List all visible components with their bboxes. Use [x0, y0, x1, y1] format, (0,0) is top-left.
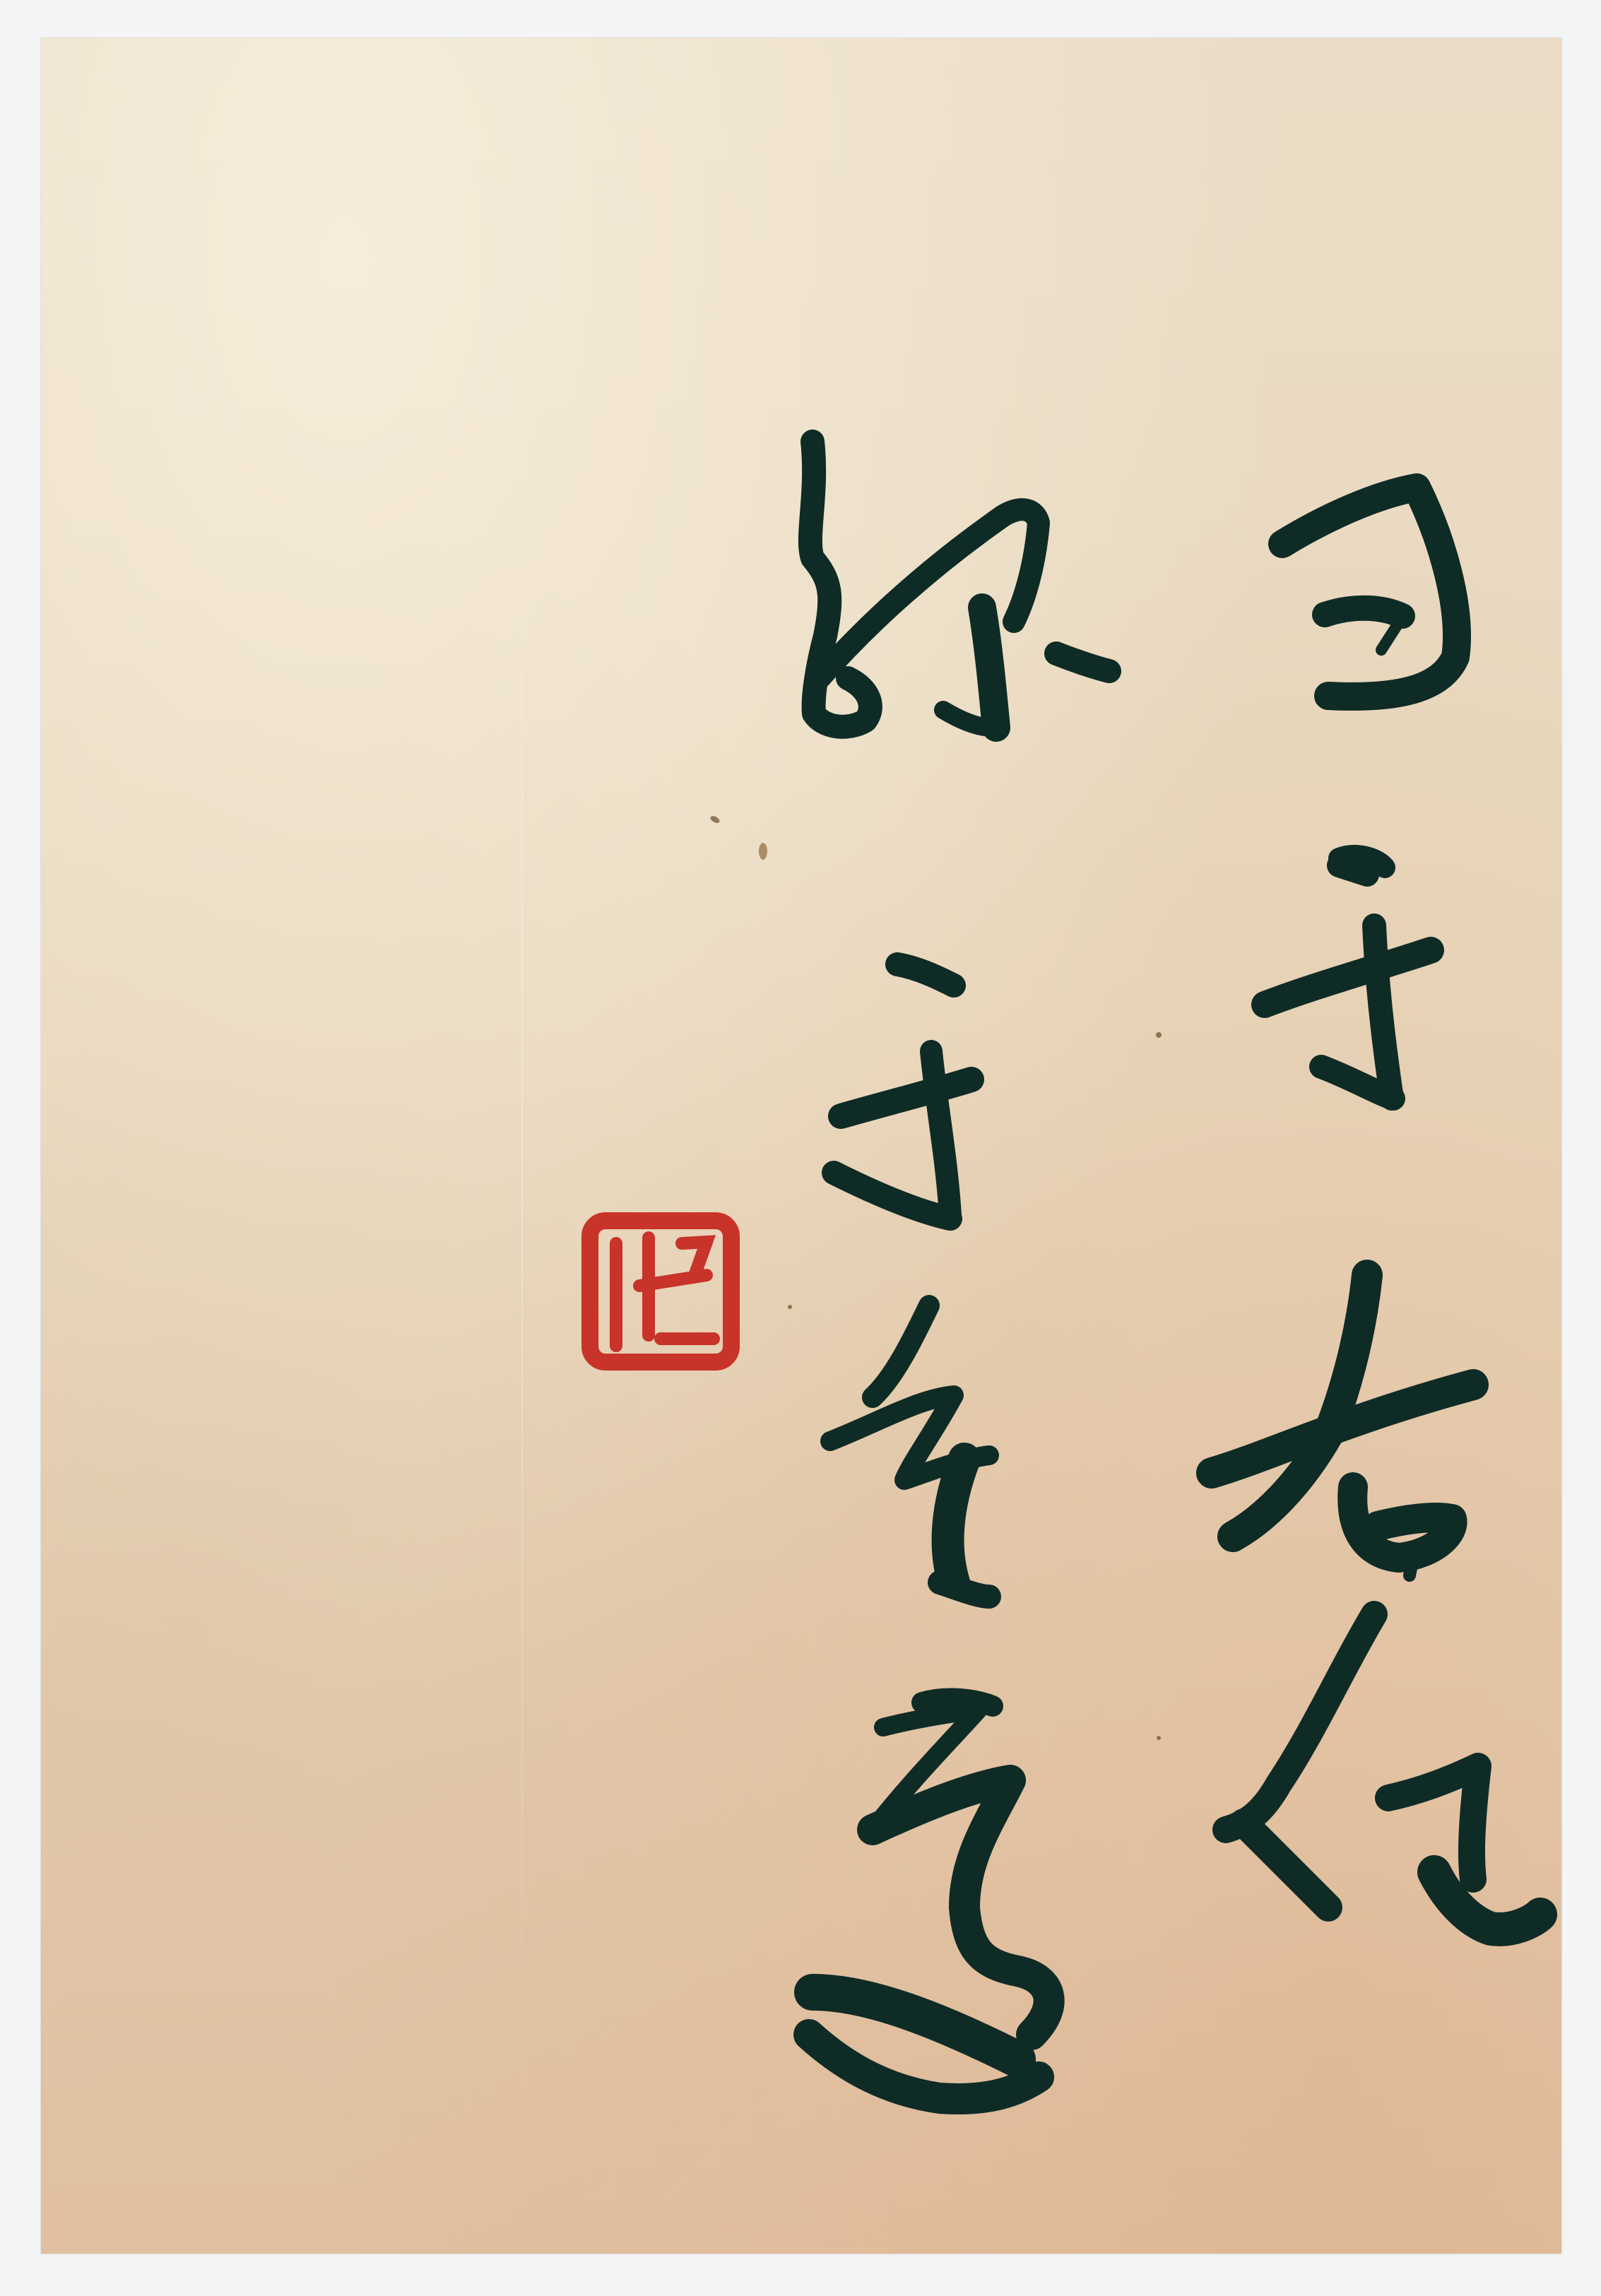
glyph-ri — [1282, 487, 1457, 697]
glyph-da — [1212, 1275, 1473, 1575]
calligraphy-strokes — [0, 0, 1601, 2296]
seal-glyph — [616, 1238, 714, 1346]
glyph-zhi-final — [809, 1699, 1049, 2099]
left-column-glyphs — [809, 442, 1109, 2099]
glyph-zhi — [830, 1306, 989, 1597]
glyph-jia — [1226, 1614, 1540, 1929]
glyph-xie — [1265, 856, 1431, 1099]
glyph-hao — [810, 442, 1109, 728]
glyph-jiang — [834, 964, 971, 1219]
red-seal — [590, 1221, 731, 1362]
right-column-glyphs — [1212, 487, 1540, 1929]
paper-specks — [709, 815, 1162, 1740]
